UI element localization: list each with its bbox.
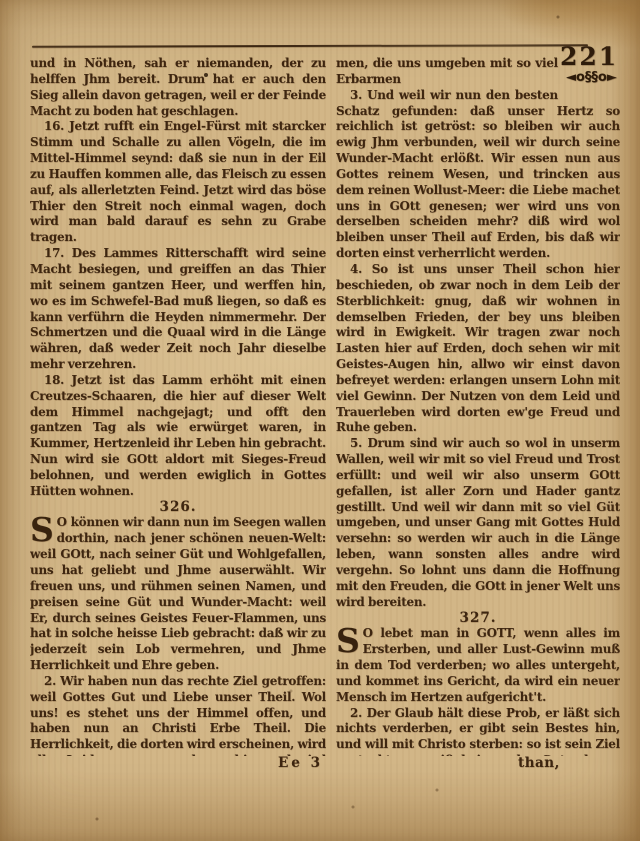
paragraph-hymn-327-verse-2: 2. Der Glaub hält diese Prob, er läßt si… [336,706,620,756]
text-column-right: men, die uns umgeben mit so viel Erbarme… [336,56,620,756]
paragraph-hymn-326-verse-4: 4. So ist uns unser Theil schon hier bes… [336,262,620,436]
hymn-number-327: 327. [336,611,620,627]
header-ornament: ◄o§§o► [566,70,636,85]
header-rule [32,44,588,48]
direction-line: Ee 3 than, [30,755,622,775]
paragraph-text: O können wir dann nun im Seegen wallen d… [30,515,326,672]
scanned-book-page: 221 ◄o§§o► und in Nöthen, sah er niemand… [0,0,640,841]
drop-cap-initial: S [30,515,57,543]
paragraph-hymn-326-verse-5: 5. Drum sind wir auch so wol in unserm W… [336,436,620,610]
paragraph-text: O lebet man in GOTT, wenn alles im Erste… [336,626,620,703]
drop-cap-initial: S [336,626,363,654]
page-number: 221 [560,42,628,71]
paragraph-continuation: und in Nöthen, sah er niemanden, der zu … [30,56,326,119]
paragraph-hymn-326-verse-1: SO können wir dann nun im Seegen wallen … [30,515,326,673]
hymn-number-326: 326. [30,500,326,516]
paragraph-hymn-326-verse-3: 3. Und weil wir nun den besten Schatz ge… [336,88,620,262]
paragraph-hymn-326-verse-2: 2. Wir haben nun das rechte Ziel getroff… [30,674,326,756]
text-column-left: und in Nöthen, sah er niemanden, der zu … [30,56,326,756]
catchword: than, [518,755,560,771]
paper-specks [0,0,2,2]
paragraph-verse-16: 16. Jetzt rufft ein Engel-Fürst mit star… [30,119,326,246]
paragraph-verse-18: 18. Jetzt ist das Lamm erhöht mit einen … [30,373,326,500]
paragraph-hymn-327-verse-1: SO lebet man in GOTT, wenn alles im Erst… [336,626,620,705]
signature-mark: Ee 3 [278,755,323,771]
paragraph-verse-17: 17. Des Lammes Ritterschafft wird seine … [30,246,326,373]
